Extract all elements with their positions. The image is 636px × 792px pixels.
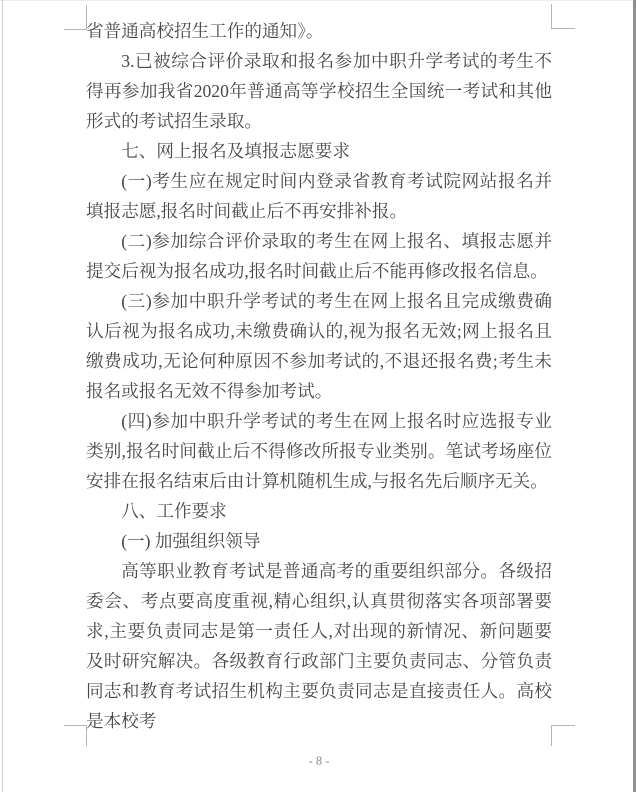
paragraph-item-3: 3.已被综合评价录取和报名参加中职升学考试的考生不得再参加我省2020年普通高等…: [86, 46, 552, 136]
paragraph-sub-4: (四)参加中职升学考试的考生在网上报名时应选报专业类别,报名时间截止后不得修改所…: [86, 406, 552, 496]
crop-mark-top-left: [64, 5, 87, 30]
subsection-heading-8-1: (一) 加强组织领导: [86, 526, 552, 556]
document-content: 省普通高校招生工作的通知》。 3.已被综合评价录取和报名参加中职升学考试的考生不…: [86, 16, 552, 736]
crop-mark-top-right: [551, 4, 575, 29]
crop-mark-bottom-left: [64, 725, 87, 746]
scanned-document-screenshot: { "document": { "page_number": "- 8 -", …: [0, 0, 636, 792]
paragraph-body: 高等职业教育考试是普通高考的重要组织部分。各级招委会、考点要高度重视,精心组织,…: [86, 556, 552, 736]
section-heading-7: 七、网上报名及填报志愿要求: [86, 136, 552, 166]
paragraph-sub-1: (一)考生应在规定时间内登录省教育考试院网站报名并填报志愿,报名时间截止后不再安…: [86, 166, 552, 226]
paragraph-sub-3: (三)参加中职升学考试的考生在网上报名且完成缴费确认后视为报名成功,未缴费确认的…: [86, 286, 552, 406]
scan-edge-left: [2, 0, 3, 792]
crop-mark-bottom-right: [551, 725, 575, 746]
section-heading-8: 八、工作要求: [86, 496, 552, 526]
scan-edge-top: [0, 0, 636, 1]
paragraph-sub-2: (二)参加综合评价录取的考生在网上报名、填报志愿并提交后视为报名成功,报名时间截…: [86, 226, 552, 286]
paragraph-continuation: 省普通高校招生工作的通知》。: [86, 16, 552, 46]
page-number: - 8 -: [86, 752, 552, 770]
